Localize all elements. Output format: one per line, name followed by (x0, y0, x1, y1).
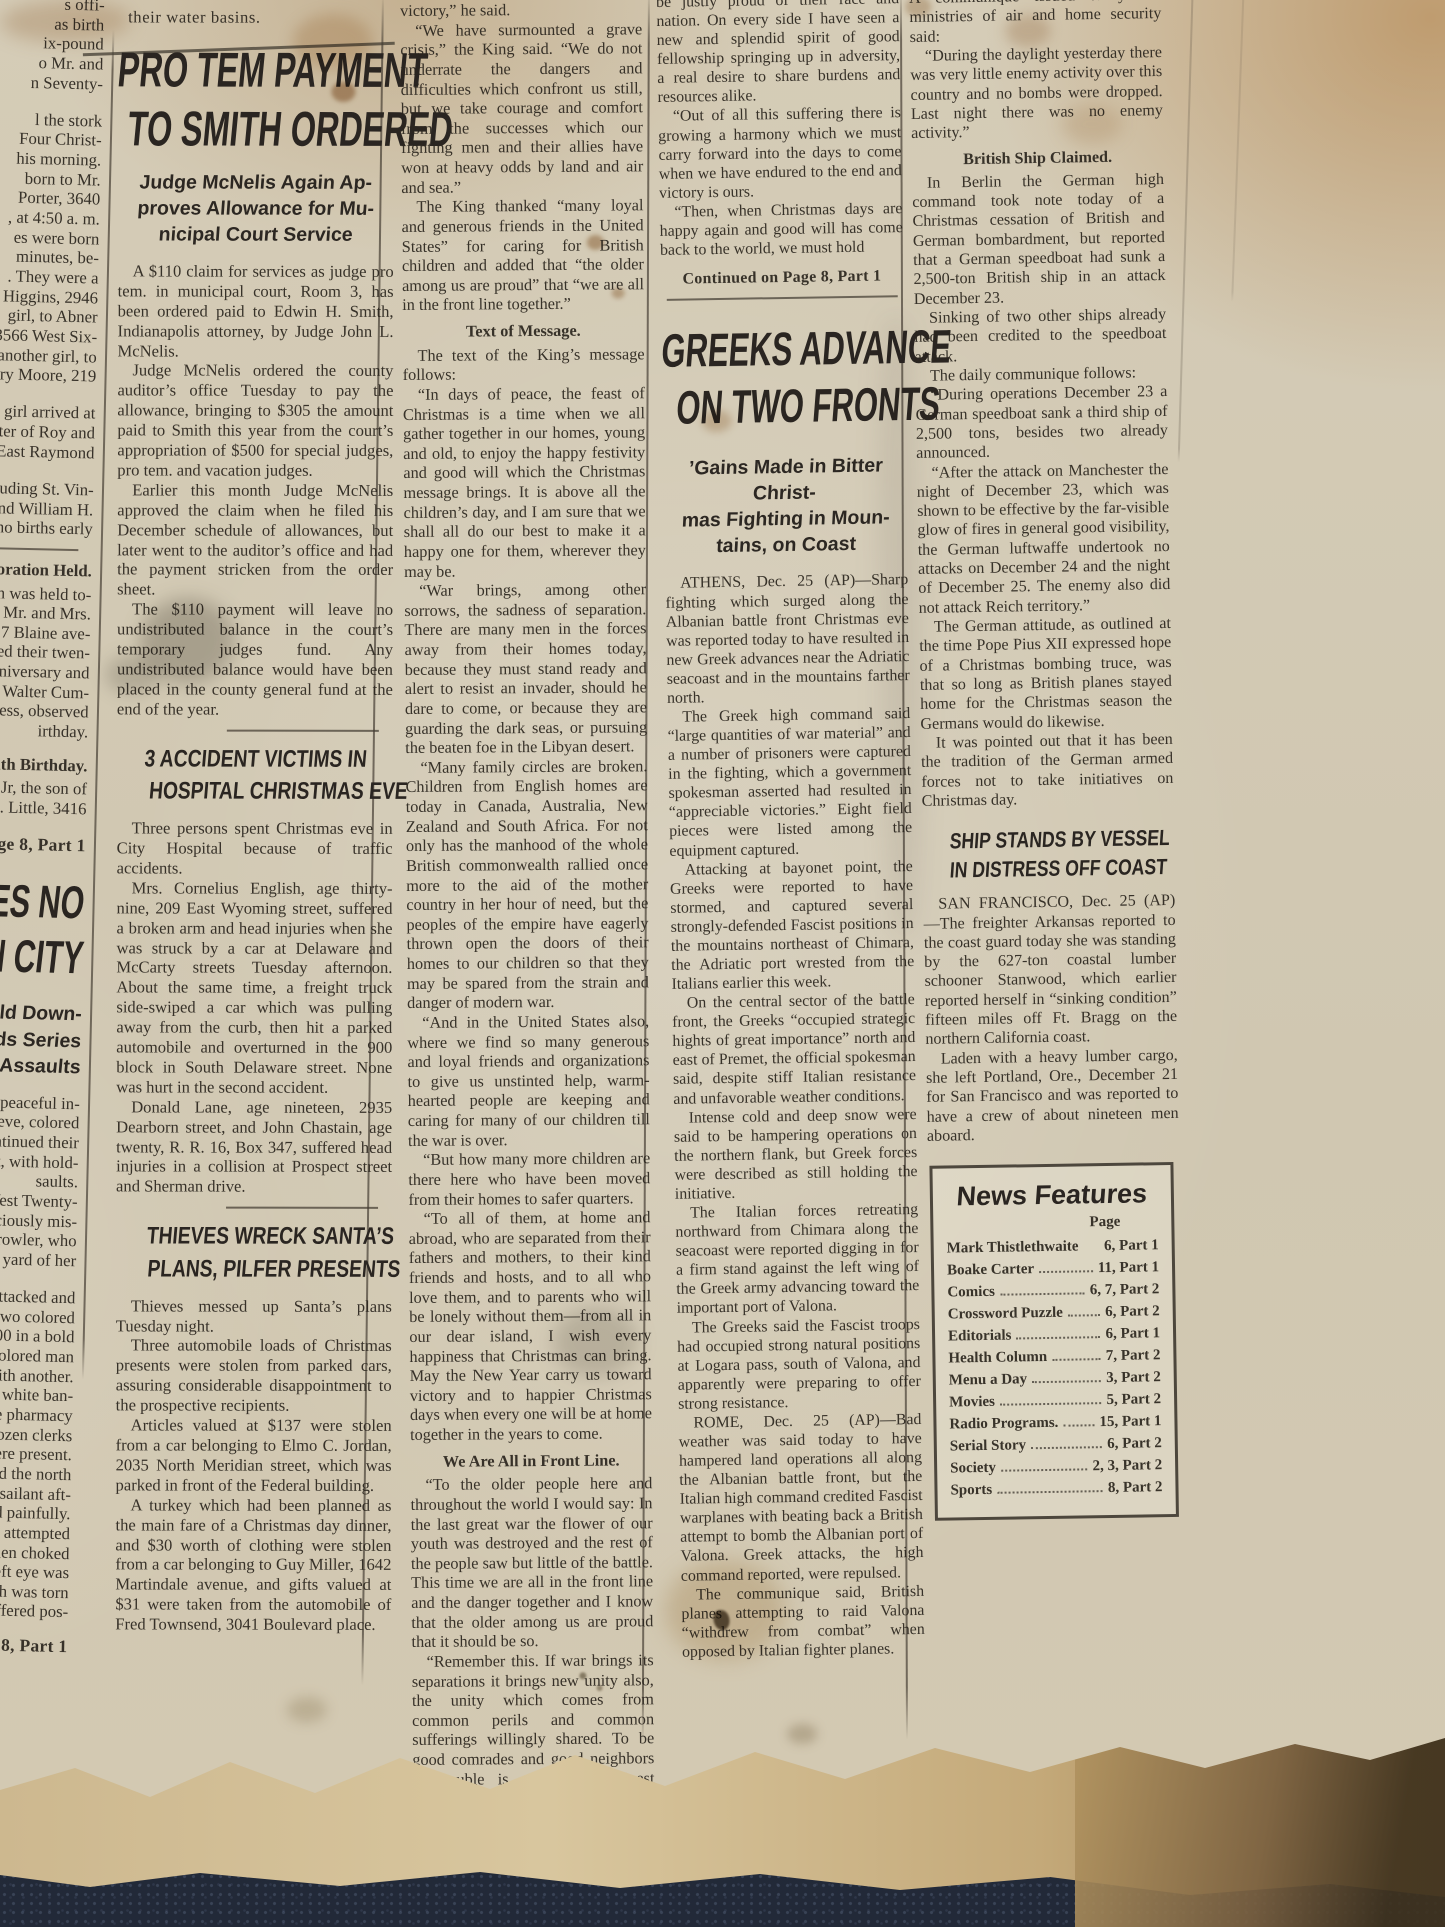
news-features-title: News Features (945, 1177, 1159, 1213)
column-pro-tem: their water basins. PRO TEM PAYMENT TO S… (115, 7, 394, 1635)
news-feature-page: 8, Part 2 (1108, 1478, 1163, 1497)
divider (226, 1207, 378, 1209)
pro-tem-headline-line-1: PRO TEM PAYMENT (115, 41, 303, 100)
news-feature-row: Serial Story6, Part 2 (950, 1434, 1162, 1455)
news-feature-page: 11, Part 1 (1098, 1258, 1160, 1277)
text-line: “Many family circles are broken. Childre… (405, 756, 649, 1013)
news-feature-page: 3, Part 2 (1106, 1368, 1161, 1387)
accident-headline: 3 ACCIDENT VICTIMS IN HOSPITAL CHRISTMAS… (117, 743, 393, 809)
dotted-leader (1000, 1292, 1085, 1295)
greeks-headline: GREEKS ADVANCE ON TWO FRONTS (661, 319, 906, 436)
greeks-headline-line-1: GREEKS ADVANCE (659, 321, 824, 380)
text-line: “Then, when Christmas days are happy aga… (659, 199, 903, 260)
text-line: “During operations December 23 a German … (915, 382, 1168, 463)
text-line: Attacking at bayonet point, the Greeks w… (670, 857, 915, 994)
text-line: “In days of peace, the feast of Christma… (403, 383, 646, 581)
thieves-headline: THIEVES WRECK SANTA’S PLANS, PILFER PRES… (116, 1221, 392, 1287)
text-line: Intense cold and deep snow were said to … (673, 1105, 917, 1204)
news-feature-page: 6, 7, Part 2 (1090, 1280, 1160, 1299)
text-line: en in Bold Down- (0, 995, 83, 1028)
news-feature-page: 5, Part 2 (1106, 1390, 1161, 1409)
text-line: “To all of them, at home and abroad, who… (408, 1207, 652, 1444)
dotted-leader (1031, 1446, 1102, 1449)
tenth-birthday-head: Tenth Birthday. (0, 749, 88, 775)
text-line: The King thanked “many loyal and generou… (401, 196, 644, 315)
divider (227, 729, 379, 731)
text-line: The communique said, British planes atte… (681, 1582, 925, 1662)
text-line: “But how many more children are there he… (408, 1149, 650, 1210)
text-line: proves Allowance for Mu- (117, 195, 395, 222)
text-of-message-head: Text of Message. (402, 320, 644, 341)
column-kings-message: victory,” he said.“We have surmounted a … (400, 0, 655, 1828)
accident-body: Three persons spent Christmas eve in Cit… (116, 818, 393, 1197)
news-features-rows: Mark Thistlethwaite6, Part 1Boake Carter… (947, 1236, 1163, 1499)
news-feature-page: 15, Part 1 (1099, 1412, 1161, 1431)
thieves-headline-line-1: THIEVES WRECK SANTA’S (146, 1221, 396, 1253)
news-features-box: News Features Page Mark Thistlethwaite6,… (929, 1162, 1179, 1520)
ship-stands-headline-line-2: IN DISTRESS OFF COAST (949, 852, 1168, 884)
berlin-body: In Berlin the German high command took n… (912, 170, 1174, 811)
text-line: be justly proud of their race and nation… (656, 0, 901, 107)
page-edge-line (1178, 0, 1194, 462)
news-feature-name: Society (950, 1458, 996, 1477)
ship-stands-headline: SHIP STANDS BY VESSEL IN DISTRESS OFF CO… (922, 823, 1175, 885)
pro-tem-body: A $110 claim for services as judge pro t… (117, 261, 394, 719)
continued-line-2: inued on Page 8, Part 1 (0, 1629, 68, 1656)
news-feature-name: Menu a Day (949, 1370, 1028, 1389)
text-line: The Greek high command said “large quant… (667, 704, 912, 860)
continued-on-page-8: Continued on Page 8, Part 1 (660, 266, 903, 289)
news-feature-row: Movies5, Part 2 (949, 1390, 1161, 1411)
continued-line: n Page 8, Part 1 (0, 828, 86, 855)
text-line: “To the older people here and throughout… (410, 1473, 653, 1651)
dotted-leader (1068, 1314, 1100, 1317)
dotted-leader (1039, 1270, 1093, 1273)
dotted-leader (1032, 1380, 1101, 1383)
text-line: SAN FRANCISCO, Dec. 25 (AP) —The freight… (923, 891, 1177, 1049)
news-feature-name: Health Column (948, 1348, 1047, 1368)
text-line: Mrs. Cornelius English, age thirty-nine,… (116, 878, 392, 1097)
king-body-a: victory,” he said.“We have surmounted a … (400, 0, 644, 315)
text-line: “And in the United States also, where we… (407, 1011, 650, 1150)
crime-subhead: en in Bold Down-bery Leads Seriesups and… (0, 995, 82, 1080)
column-births-fragments: s offi-as birthix-poundo Mr. andn Sevent… (0, 0, 105, 1663)
pro-tem-subhead: Judge McNelis Again Ap-proves Allowance … (118, 169, 394, 248)
text-line: “After the attack on Manchester the nigh… (916, 459, 1170, 617)
news-feature-row: Society2, 3, Part 2 (950, 1456, 1162, 1477)
page-edge-line-2 (1231, 0, 1245, 302)
celebration-lines: ation was held to-e of Mr. and Mrs., 141… (0, 578, 92, 742)
divider (667, 295, 898, 301)
text-line: On the central sector of the battle fron… (672, 990, 917, 1108)
crime-headline-line-2: DAY IN CITY (0, 926, 86, 986)
text-line: Laden with a heavy lumber cargo, she lef… (926, 1046, 1179, 1147)
news-feature-name: Editorials (948, 1326, 1012, 1345)
text-line: Judge McNelis ordered the county auditor… (117, 361, 393, 481)
text-line: A turkey which had been planned as the m… (115, 1495, 391, 1635)
communique-body: A communique issued today the ministries… (909, 0, 1163, 143)
text-line: Articles valued at $137 were stolen from… (116, 1415, 392, 1495)
text-line: The German attitude, as outlined at the … (919, 614, 1173, 734)
text-line: Donald Lane, age nineteen, 2935 Dearborn… (116, 1097, 392, 1197)
crime-headline: TAKES NO DAY IN CITY (0, 869, 85, 986)
news-feature-page: 6, Part 1 (1104, 1236, 1159, 1255)
news-features-page-label: Page (946, 1212, 1158, 1233)
san-francisco-body: SAN FRANCISCO, Dec. 25 (AP) —The freight… (923, 891, 1179, 1146)
text-line: victory,” he said. (400, 0, 642, 21)
birthday-lines: tle, Jr, the son ofFrank E. Little, 3416 (0, 773, 87, 819)
thieves-body: Thieves messed up Santa’s plans Tuesday … (115, 1296, 392, 1635)
news-feature-name: Comics (947, 1282, 995, 1301)
text-line: tains, on Coast (664, 530, 908, 560)
news-feature-row: Boake Carter11, Part 1 (947, 1258, 1159, 1279)
divider (0, 545, 78, 551)
text-line: “During the daylight yesterday there was… (910, 43, 1163, 144)
dotted-leader (1016, 1336, 1100, 1339)
greeks-headline-line-2: ON TWO FRONTS (674, 377, 829, 436)
king-body-b: The text of the King’s message follows:“… (402, 344, 652, 1445)
news-feature-name: Boake Carter (947, 1260, 1034, 1279)
pro-tem-headline-line-2: TO SMITH ORDERED (125, 100, 306, 159)
text-line: “Out of all this suffering there is grow… (658, 104, 902, 203)
british-ship-claimed-head: British Ship Claimed. (911, 147, 1163, 170)
crime-lines: ed by the peaceful in-Christmas eve, col… (0, 1087, 80, 1622)
text-line: ed by the peaceful in- (0, 1087, 80, 1113)
text-line: The $110 payment will leave no undistrib… (117, 600, 393, 720)
front-line-head: We Are All in Front Line. (410, 1450, 652, 1471)
news-feature-name: Sports (950, 1480, 992, 1499)
news-feature-row: Radio Programs.15, Part 1 (949, 1412, 1161, 1433)
text-line: The Italian forces retreating northward … (675, 1200, 920, 1318)
pro-tem-headline: PRO TEM PAYMENT TO SMITH ORDERED (118, 41, 394, 159)
newspaper-page: s offi-as birthix-poundo Mr. andn Sevent… (0, 0, 1445, 1802)
news-feature-page: 6, Part 2 (1107, 1434, 1162, 1453)
ship-stands-headline-line-1: SHIP STANDS BY VESSEL (949, 823, 1171, 856)
text-line: Thieves messed up Santa’s plans Tuesday … (116, 1296, 392, 1336)
greeks-subhead: ’Gains Made in Bitter Christ-mas Fightin… (663, 452, 908, 560)
news-feature-row: Menu a Day3, Part 2 (949, 1368, 1161, 1389)
news-feature-row: Comics6, 7, Part 2 (947, 1280, 1159, 1301)
news-feature-row: Crossword Puzzle6, Part 2 (948, 1302, 1160, 1323)
crime-headline-line-1: TAKES NO (0, 871, 88, 931)
thieves-headline-line-2: PLANS, PILFER PRESENTS (146, 1253, 402, 1285)
text-line: Earlier this month Judge McNelis approve… (117, 480, 393, 600)
accident-headline-line-2: HOSPITAL CHRISTMAS EVE (148, 776, 409, 808)
text-line: Three persons spent Christmas eve in Cit… (117, 818, 393, 878)
text-line: ATHENS, Dec. 25 (AP)—Sharp fighting whic… (665, 571, 910, 708)
text-line: A communique issued today the ministries… (909, 0, 1162, 47)
news-feature-page: 7, Part 2 (1106, 1346, 1161, 1365)
news-feature-name: Crossword Puzzle (948, 1303, 1063, 1323)
news-feature-name: Serial Story (950, 1436, 1027, 1455)
top-fragment: their water basins. (118, 7, 394, 27)
text-line: Judge McNelis Again Ap- (117, 169, 395, 196)
news-feature-row: Health Column7, Part 2 (948, 1346, 1160, 1367)
text-line: “War brings, among other sorrows, the sa… (404, 579, 647, 757)
text-line: nicipal Court Service (117, 221, 395, 248)
news-feature-name: Mark Thistlethwaite (947, 1237, 1079, 1257)
news-feature-name: Movies (949, 1392, 995, 1411)
text-line: It was pointed out that it has been the … (921, 730, 1174, 811)
dotted-leader (997, 1490, 1103, 1494)
births-fragment-lines: s offi-as birthix-poundo Mr. andn Sevent… (0, 0, 105, 539)
text-line: ’Gains Made in Bitter Christ- (662, 452, 908, 508)
news-feature-row: Mark Thistlethwaite6, Part 1 (947, 1236, 1159, 1257)
text-line: “We have surmounted a grave crisis,” the… (400, 19, 643, 197)
celebration-held-head: oration Held. (0, 555, 92, 581)
column-right: A communique issued today the ministries… (909, 0, 1185, 1520)
text-line: Three automobile loads of Christmas pres… (116, 1336, 392, 1416)
greeks-body: ATHENS, Dec. 25 (AP)—Sharp fighting whic… (665, 571, 925, 1662)
text-line: ROME, Dec. 25 (AP)—Bad weather was said … (678, 1410, 924, 1585)
column-greeks: be justly proud of their race and nation… (656, 0, 925, 1662)
text-line: The text of the King’s message follows: (402, 344, 644, 385)
text-line: The Greeks said the Fascist troops had o… (677, 1314, 921, 1413)
news-feature-page: 6, Part 1 (1105, 1324, 1160, 1343)
text-line: Sinking of two other ships already had b… (914, 305, 1167, 367)
dotted-leader (1001, 1468, 1088, 1471)
news-feature-row: Editorials6, Part 1 (948, 1324, 1160, 1345)
news-feature-page: 2, 3, Part 2 (1092, 1456, 1162, 1475)
text-line: ation was held to- (0, 578, 92, 604)
news-feature-row: Sports8, Part 2 (950, 1478, 1162, 1499)
text-line: In Berlin the German high command took n… (912, 170, 1166, 309)
dotted-leader (1052, 1358, 1101, 1361)
text-line: A $110 claim for services as judge pro t… (118, 261, 394, 361)
dotted-leader (1063, 1424, 1094, 1426)
greeks-top-body: be justly proud of their race and nation… (656, 0, 903, 260)
stain (787, 1724, 817, 1744)
accident-headline-line-1: 3 ACCIDENT VICTIMS IN (143, 743, 368, 775)
dotted-leader (1000, 1402, 1102, 1406)
news-feature-name: Radio Programs. (949, 1413, 1058, 1433)
stain (287, 1696, 327, 1723)
page-content: s offi-as birthix-poundo Mr. andn Sevent… (0, 0, 1445, 1803)
news-feature-page: 6, Part 2 (1105, 1302, 1160, 1321)
text-line: tle, Jr, the son of (0, 773, 87, 799)
